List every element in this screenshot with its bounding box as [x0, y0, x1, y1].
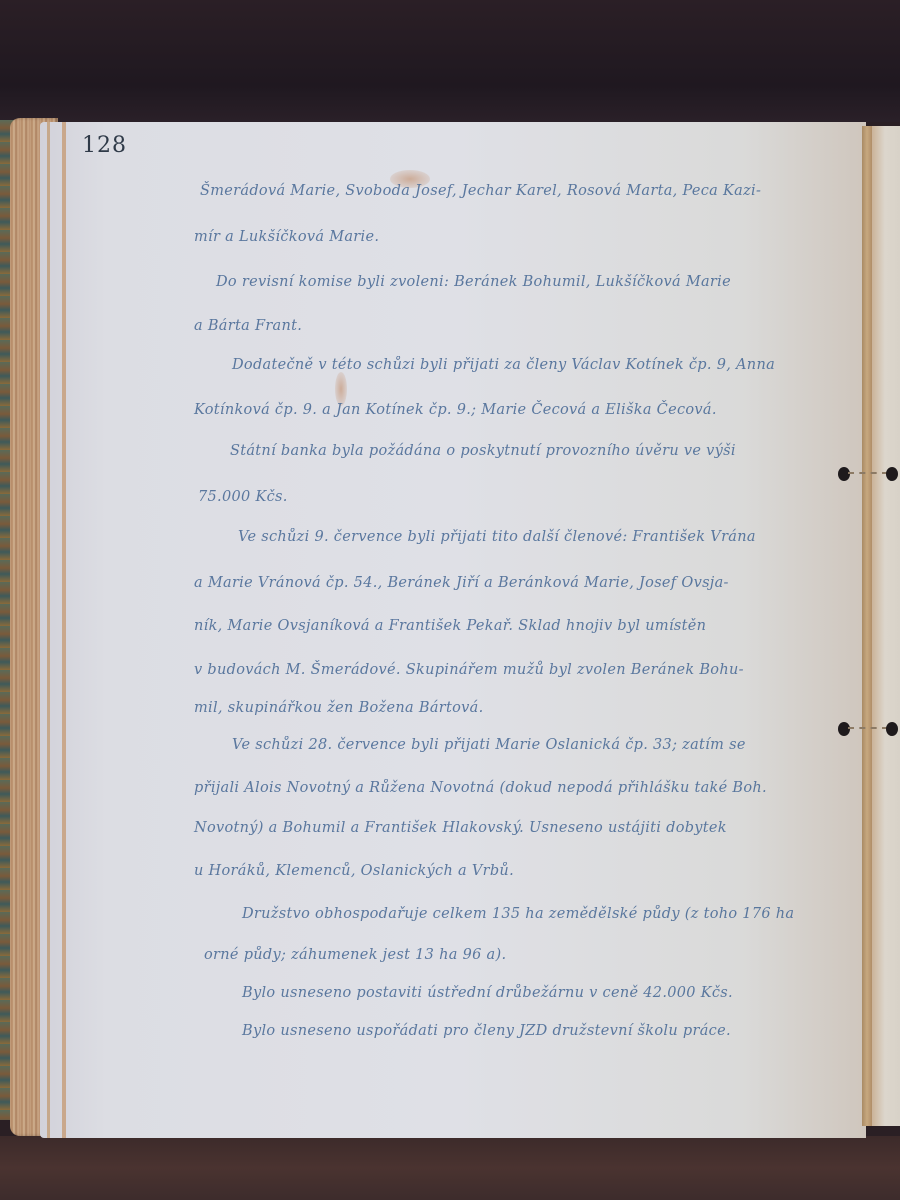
margin-rule-outer	[47, 122, 50, 1138]
text-line: ník, Marie Ovsjaníková a František Pekař…	[194, 618, 706, 634]
text-line: Družstvo obhospodařuje celkem 135 ha zem…	[242, 906, 794, 922]
text-line: 75.000 Kčs.	[198, 489, 288, 505]
text-line: Novotný) a Bohumil a František Hlakovský…	[194, 820, 727, 836]
text-line: Kotínková čp. 9. a Jan Kotínek čp. 9.; M…	[194, 402, 717, 418]
text-line: přijali Alois Novotný a Růžena Novotná (…	[194, 780, 767, 796]
paper-stain	[335, 372, 347, 406]
punch-hole-icon	[886, 722, 898, 736]
text-line: Ve schůzi 28. července byli přijati Mari…	[232, 737, 746, 753]
text-line: Ve schůzi 9. července byli přijati tito …	[238, 529, 756, 545]
text-line: Bylo usneseno uspořádati pro členy JZD d…	[242, 1023, 731, 1039]
text-line: v budovách M. Šmerádové. Skupinářem mužů…	[194, 662, 744, 678]
text-line: Státní banka byla požádána o poskytnutí …	[230, 443, 736, 459]
binding-ring-lower	[838, 722, 898, 736]
page-number: 128	[82, 133, 127, 158]
dark-background-top	[0, 0, 900, 122]
binding-gutter	[862, 126, 872, 1126]
text-line: Dodatečně v této schůzi byli přijati za …	[232, 357, 775, 373]
text-line: a Bárta Frant.	[194, 318, 302, 334]
margin-rule-inner	[62, 122, 66, 1138]
text-line: mil, skupinářkou žen Božena Bártová.	[194, 700, 484, 716]
text-line: Bylo usneseno postaviti ústřední drůbežá…	[242, 985, 733, 1001]
text-line: mír a Lukšíčková Marie.	[194, 229, 379, 245]
binding-ring-upper	[838, 467, 898, 481]
text-line: orné půdy; záhumenek jest 13 ha 96 a).	[204, 947, 506, 963]
text-line: a Marie Vránová čp. 54., Beránek Jiří a …	[194, 575, 729, 591]
text-line: Šmerádová Marie, Svoboda Josef, Jechar K…	[200, 183, 761, 199]
binding-thread	[848, 472, 888, 478]
punch-hole-icon	[886, 467, 898, 481]
table-surface-bottom	[0, 1136, 900, 1200]
text-line: Do revisní komise byli zvoleni: Beránek …	[216, 274, 731, 290]
text-line: u Horáků, Klemenců, Oslanických a Vrbů.	[194, 863, 514, 879]
binding-thread	[848, 727, 888, 733]
